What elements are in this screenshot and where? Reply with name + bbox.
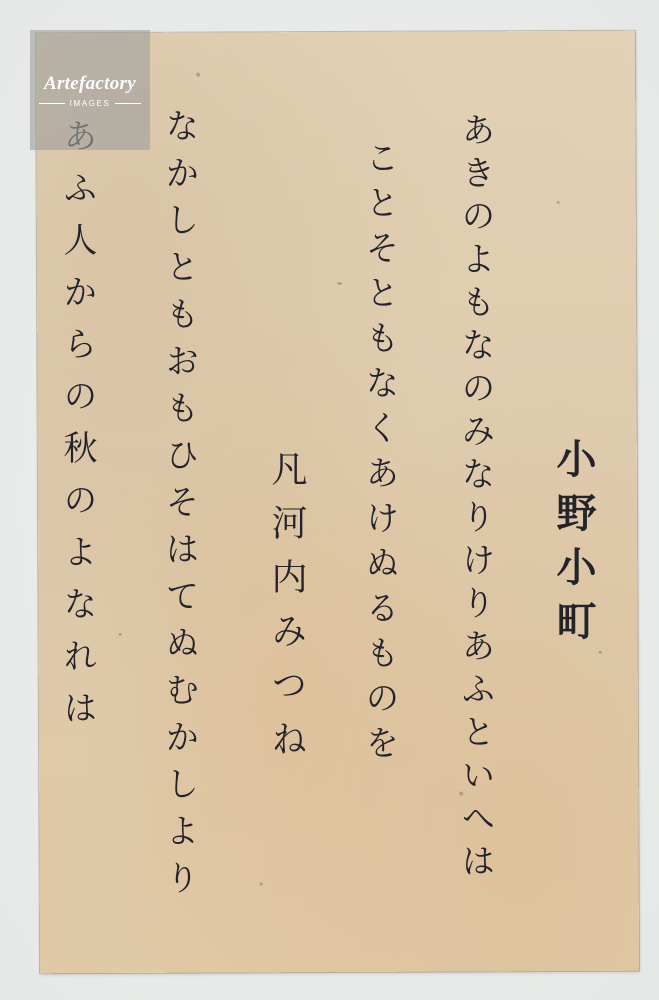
poet-name-mitsune: 凡河内みつね — [268, 450, 304, 790]
paper-speck — [260, 882, 263, 885]
paper-speck — [119, 633, 122, 636]
poem1-line1: あきのよもなのみなりけりあふといへは — [458, 112, 492, 932]
paper-speck — [337, 282, 342, 285]
paper-speck — [599, 651, 602, 654]
watermark-rule-left — [39, 103, 65, 104]
poem2-line1: なかしともおもひそはてぬむかしより — [162, 108, 196, 928]
watermark-rule-right — [115, 103, 141, 104]
poem-card-paper — [36, 31, 639, 974]
paper-speck — [196, 73, 200, 77]
artefactory-watermark: Artefactory IMAGES — [30, 30, 150, 150]
poet-name-komachi: 小野小町 — [553, 438, 593, 738]
paper-speck — [557, 201, 560, 204]
watermark-brand: Artefactory — [44, 73, 136, 95]
watermark-sub: IMAGES — [70, 99, 111, 108]
poem1-line2: ことそともなくあけぬるものを — [362, 140, 396, 780]
watermark-sub-row: IMAGES — [39, 99, 142, 108]
poem2-line2: あふ人からの秋のよなれは — [60, 118, 94, 818]
